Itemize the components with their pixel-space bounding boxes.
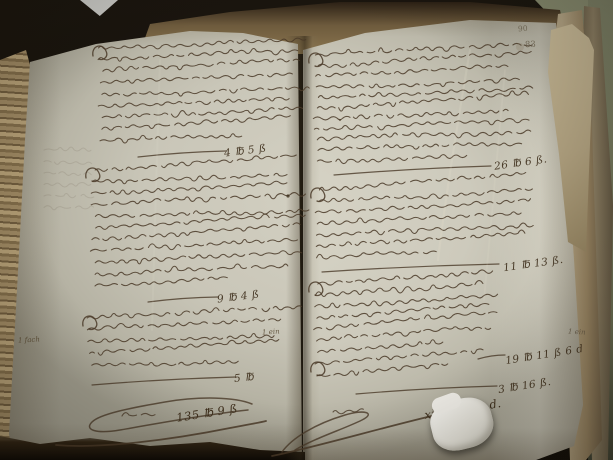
page-stack-note: 1 ein: [568, 328, 586, 337]
folio-number-faint: 90: [518, 24, 528, 34]
photo-open-manuscript-book: 90 83 4 ℔ 5 ß 9 ℔ 4 ß 5 ℔ 135 ℔ 9 ß 1 fa…: [0, 0, 613, 460]
entry-amount: 5 ℔: [233, 371, 254, 385]
folio-number-stamp: 83: [525, 40, 536, 51]
margin-note: 1 fach: [18, 335, 40, 344]
margin-note: 1 ein: [262, 327, 280, 336]
